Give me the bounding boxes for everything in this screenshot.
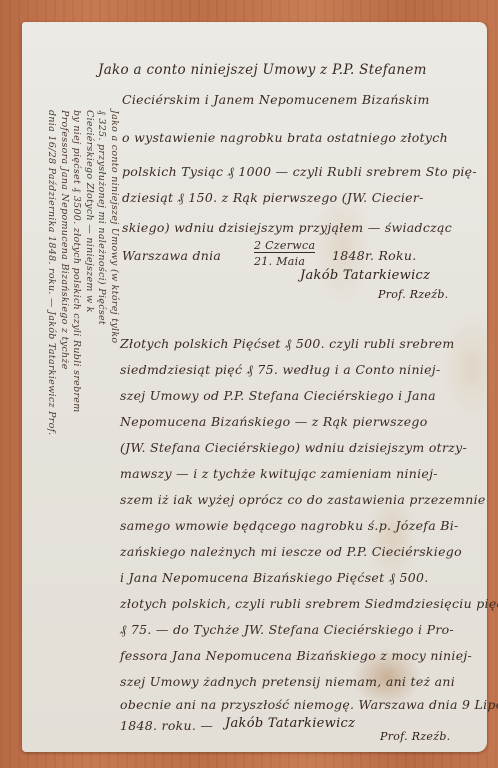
- receipt-line: zańskiego należnych mi iescze od P.P. Ci…: [120, 544, 462, 559]
- receipt-line: Nepomucena Bizańskiego — z Rąk pierwszeg…: [120, 414, 428, 429]
- receipt-line: szem iż iak wyżej oprócz co do zastawien…: [120, 492, 486, 507]
- receipt-line: polskich Tysiąc ₰ 1000 — czyli Rubli sre…: [122, 164, 477, 180]
- margin-line: Cieciérskiego Złotych — niniejszem w k: [83, 110, 96, 670]
- margin-line: dnia 16/28 Października 1848. roku. — Ja…: [45, 110, 58, 670]
- receipt-line: siedmdziesiąt pięć ₰ 75. według i a Cont…: [120, 362, 441, 378]
- receipt-line: mawszy — i z tychże kwitując zamieniam n…: [120, 466, 438, 481]
- receipt-line: skiego) wdniu dzisiejszym przyjąłem — św…: [122, 220, 452, 235]
- signature-title: Prof. Rzeźb.: [378, 288, 448, 301]
- receipt-line: złotych polskich, czyli rubli srebrem Si…: [120, 596, 498, 611]
- receipt-line: dziesiąt ₰ 150. z Rąk pierwszego (JW. Ci…: [122, 190, 424, 206]
- date-fraction-bottom: 21. Maia: [254, 255, 305, 268]
- margin-line: Jako a conto niniejszej Umowy (w której …: [108, 110, 121, 670]
- receipt-line: samego wmowie będącego nagrobku ś.p. Józ…: [120, 518, 459, 533]
- margin-note-vertical: Jako a conto niniejszej Umowy (w której …: [30, 110, 120, 670]
- receipt-line: o wystawienie nagrobku brata ostatniego …: [122, 130, 448, 145]
- receipt-line: Warszawa dnia: [122, 248, 221, 263]
- signature: Jakób Tatarkiewicz: [300, 268, 430, 283]
- signature: Jakób Tatarkiewicz: [225, 716, 355, 731]
- receipt-line: Złotych polskich Pięćset ₰ 500. czyli ru…: [120, 336, 454, 352]
- date-year: 1848r. Roku.: [332, 248, 417, 263]
- receipt-line: obecnie ani na przyszłość niemogę. Warsz…: [120, 697, 498, 712]
- margin-line: by niej pięćset ₰ 3500. złotych polskich…: [70, 110, 83, 670]
- receipt-line: szej Umowy od P.P. Stefana Cieciérskiego…: [120, 388, 436, 403]
- receipt-line: 1848. roku. —: [120, 718, 213, 733]
- receipt-line: Jako a conto niniejszej Umowy z P.P. Ste…: [98, 62, 427, 78]
- receipt-line: Cieciérskim i Janem Nepomucenem Bizański…: [122, 92, 430, 107]
- receipt-line: szej Umowy żadnych pretensij niemam, ani…: [120, 674, 455, 689]
- receipt-line: ₰ 75. — do Tychże JW. Stefana Cieciérski…: [120, 622, 454, 638]
- receipt-line: i Jana Nepomucena Bizańskiego Pięćset ₰ …: [120, 570, 429, 586]
- receipt-line: (JW. Stefana Cieciérskiego) wdniu dzisie…: [120, 440, 467, 455]
- margin-line: ₰ 325. przysłużonej mi należności) Pięćs…: [95, 110, 108, 670]
- signature-title: Prof. Rzeźb.: [380, 730, 450, 743]
- date-fraction-top: 2 Czerwca: [254, 239, 315, 253]
- receipt-line: fessora Jana Nepomucena Bizańskiego z mo…: [120, 648, 472, 663]
- margin-line: Professora Jana Nepomucena Bizańskiego z…: [58, 110, 71, 670]
